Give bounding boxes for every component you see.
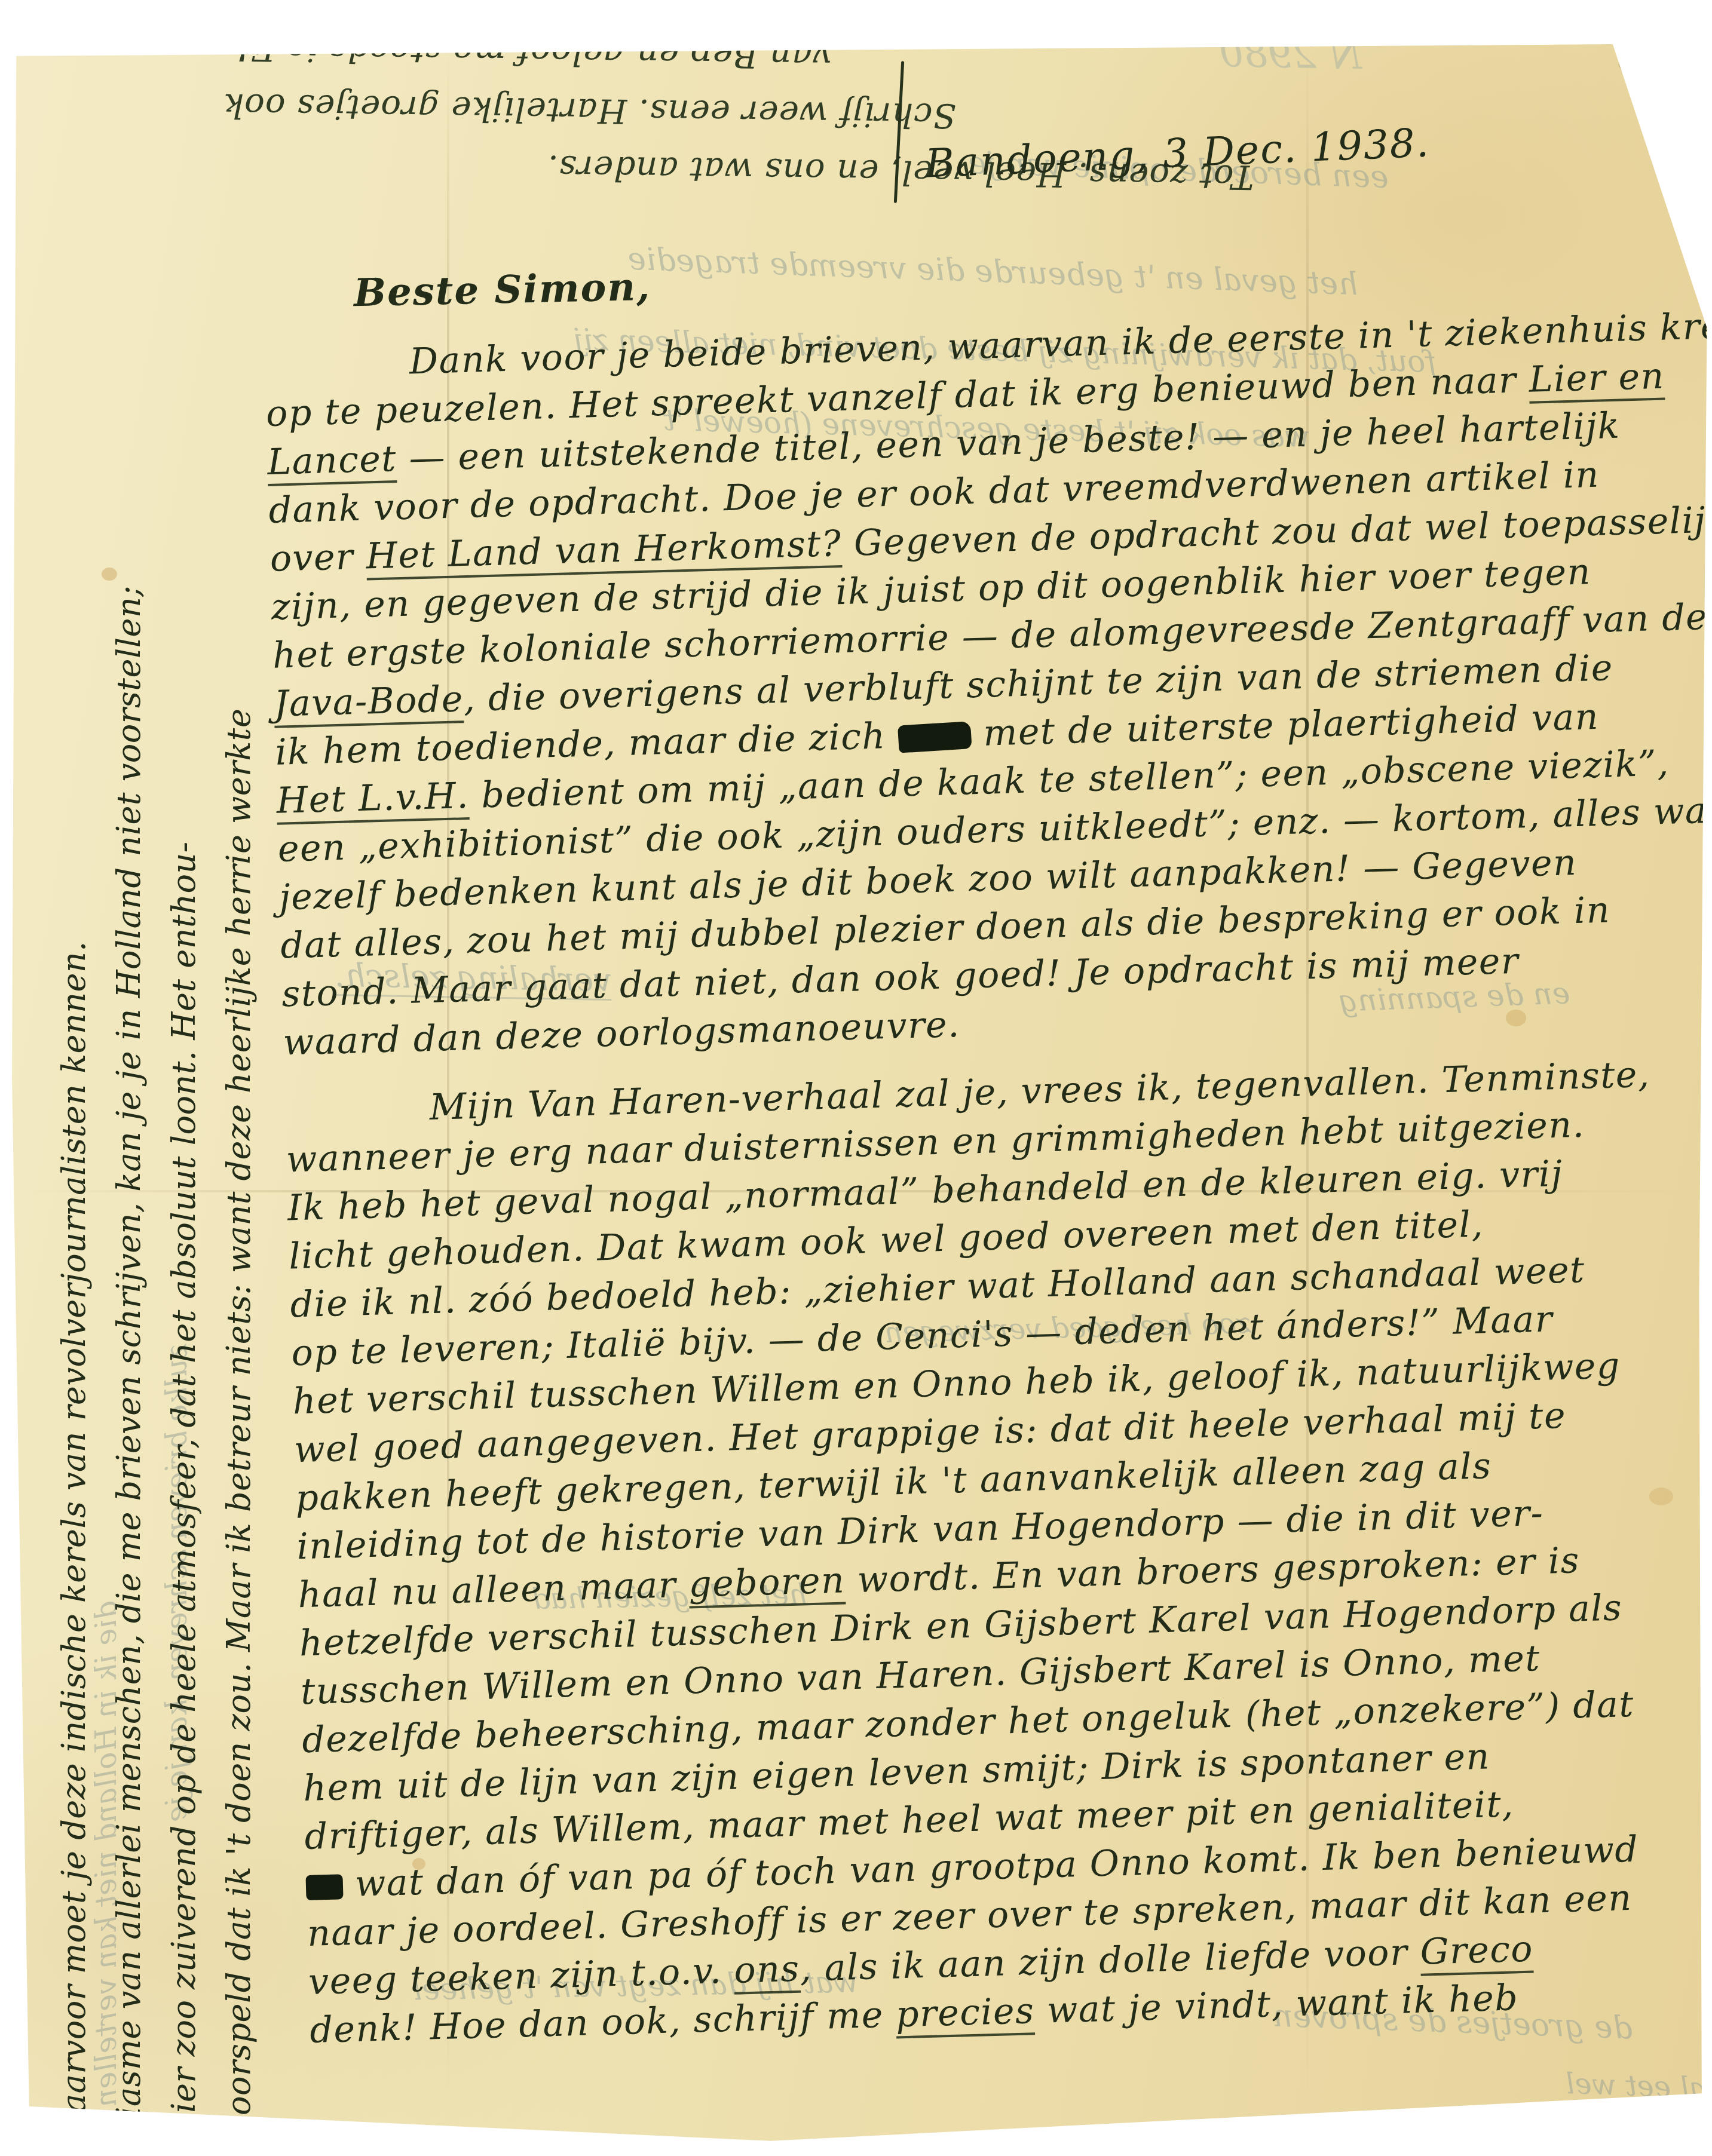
handwritten-line: daarvoor moet je deze indische kerels va… xyxy=(47,145,102,2134)
verso-bleedthrough-text: ik al eet wel xyxy=(1565,2067,1712,2106)
corner-crease xyxy=(1618,63,1693,201)
underlined-word: Het L.v.H. xyxy=(276,775,470,825)
underlined-word: geboren xyxy=(688,1559,846,1608)
handwritten-line: siasme van allerlei menschen, die me bri… xyxy=(102,145,157,2134)
scan-background: N 2980een beroerde opinie van jehet geva… xyxy=(0,0,1712,2156)
underlined-word: Lier en xyxy=(1529,355,1665,404)
underlined-word: ons xyxy=(734,1948,801,1995)
handwritten-line: hier zoo zuiverend op de heele atmosfeer… xyxy=(157,145,212,2134)
handwritten-line: van Bep en geloof me steeds je E! xyxy=(60,17,832,85)
ink-blot xyxy=(305,1875,343,1901)
ink-blot xyxy=(898,722,972,753)
paragraph: Dank voor je beide brieven, waarvan ik d… xyxy=(264,301,1712,1068)
underlined-word: Java-Bode xyxy=(273,678,464,728)
underlined-word: precies xyxy=(895,1990,1035,2038)
verso-bleedthrough-text: het geval en 't gebeurde die vreemde tra… xyxy=(627,241,1359,303)
paragraph: Mijn Van Haren-verhaal zal je, vrees ik,… xyxy=(284,1047,1712,2055)
left-margin-text: daarvoor moet je deze indische kerels va… xyxy=(47,145,267,2134)
underlined-word: Lancet xyxy=(267,438,397,486)
letter-body: Dank voor je beide brieven, waarvan ik d… xyxy=(264,301,1712,2055)
handwritten-line: voorspeld dat ik 't doen zou. Maar ik be… xyxy=(212,145,267,2134)
underlined-word: Greco xyxy=(1420,1928,1534,1976)
salutation: Beste Simon, xyxy=(353,265,651,315)
underlined-word: E! xyxy=(237,26,276,68)
letter-page: N 2980een beroerde opinie van jehet geva… xyxy=(0,0,1712,2156)
